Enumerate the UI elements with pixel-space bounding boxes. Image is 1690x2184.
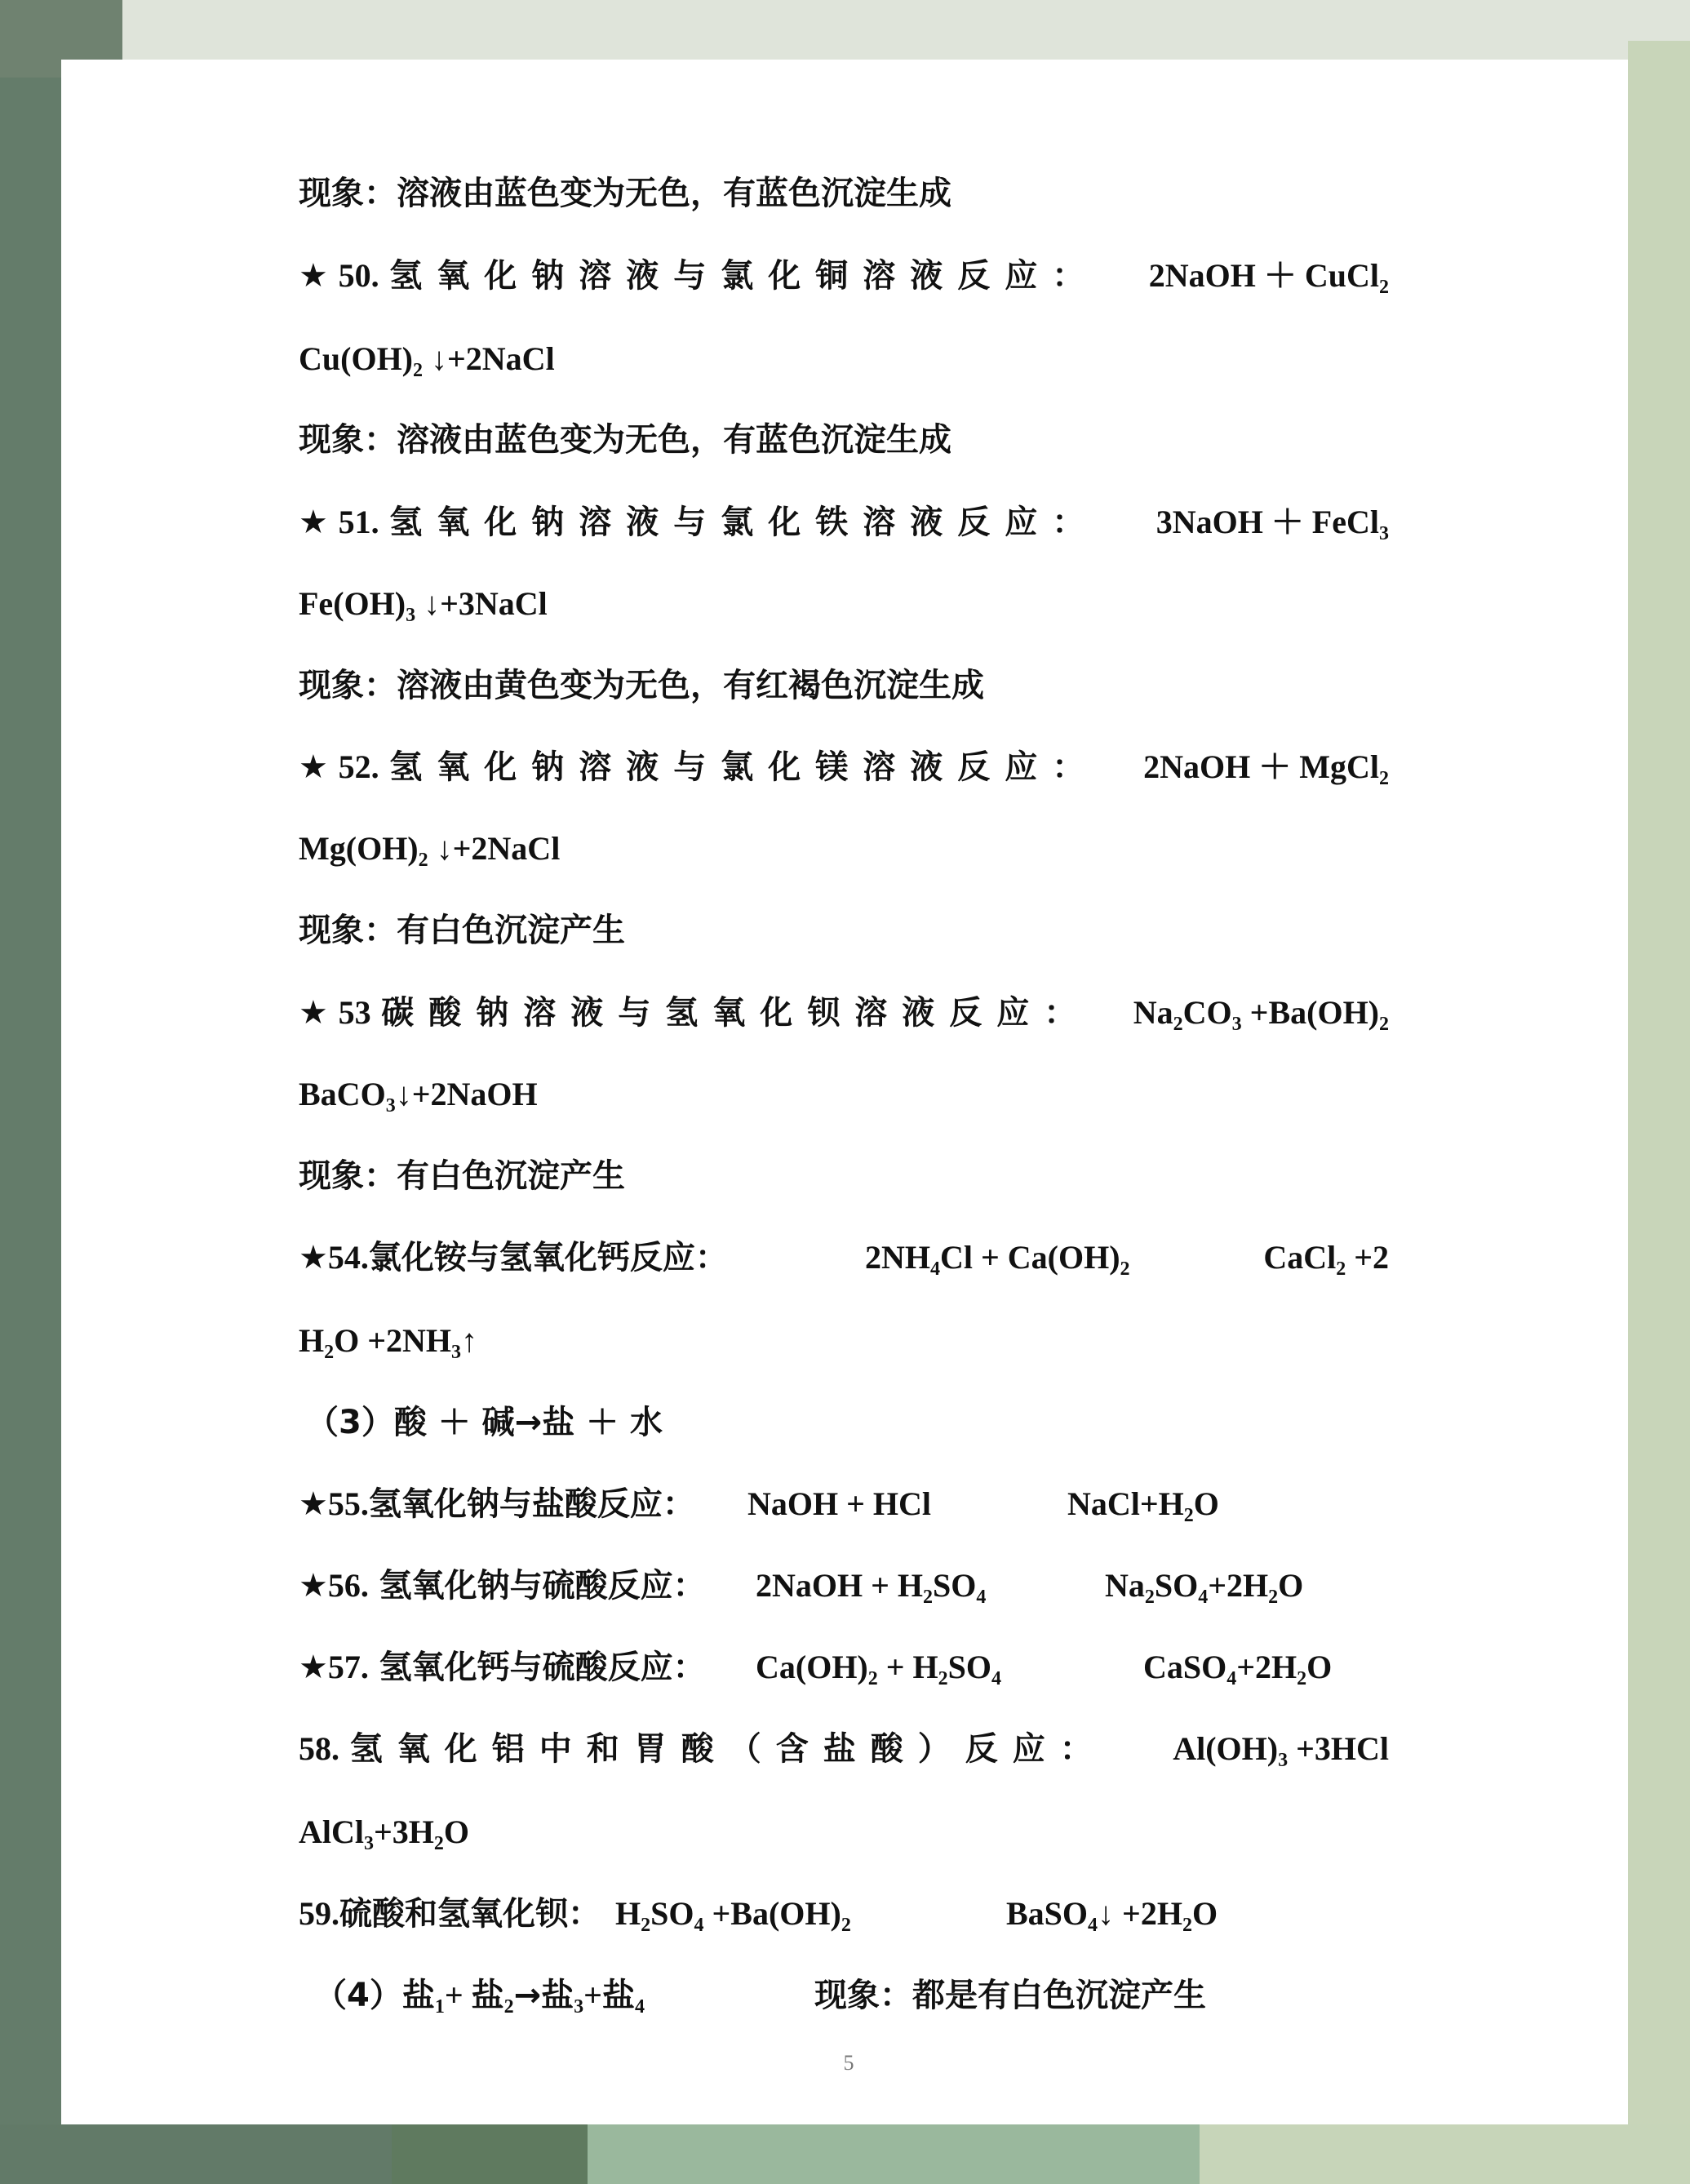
reactants: 2NaOH ＋ CuCl2 — [1149, 251, 1389, 312]
phenomenon-text: 现象：有白色沉淀产生 — [299, 1157, 625, 1195]
page-number: 5 — [836, 2051, 861, 2075]
background-right-band — [1628, 41, 1690, 2184]
reaction-51-line: ★ 51. 氢氧化钠溶液与氯化铁溶液反应： 3NaOH ＋ FeCl3 — [299, 498, 1389, 547]
reaction-title: 硫酸和氢氧化钡： — [339, 1895, 601, 1933]
star-icon: ★ — [299, 1485, 328, 1523]
document-page: 现象：溶液由蓝色变为无色，有蓝色沉淀生成 ★ 50. 氢氧化钠溶液与氯化铜溶液反… — [61, 60, 1628, 2124]
reaction-number: 54. — [328, 1239, 369, 1276]
section-heading-acid-base: （3）酸 ＋ 碱→盐 ＋ 水 — [306, 1398, 1396, 1447]
phenomenon-text: 现象：有白色沉淀产生 — [299, 912, 625, 949]
reaction-number: 52. — [339, 748, 379, 785]
reactants: 2NaOH + H2SO4 — [756, 1561, 986, 1622]
products: CaSO4+2H2O — [1143, 1643, 1332, 1703]
reaction-title: 氢氧化钠与硫酸反应： — [379, 1567, 706, 1605]
reaction-52-line: ★ 52. 氢氧化钠溶液与氯化镁溶液反应： 2NaOH ＋ MgCl2 — [299, 743, 1389, 792]
products: CaCl2 +2 — [1263, 1233, 1389, 1294]
phenomenon-text: 现象：溶液由蓝色变为无色，有蓝色沉淀生成 — [299, 175, 951, 212]
phenomenon-line: 现象：有白色沉淀产生 — [299, 1152, 1389, 1201]
star-icon: ★ — [299, 504, 328, 541]
background-bottom-band — [392, 2124, 588, 2184]
background-bottom-band — [1200, 2124, 1690, 2184]
background-bottom-band — [588, 2124, 1216, 2184]
star-icon: ★ — [299, 257, 328, 295]
phenomenon-text: 现象：溶液由黄色变为无色，有红褐色沉淀生成 — [299, 667, 984, 704]
reactants: 2NH4Cl + Ca(OH)2 — [865, 1233, 1130, 1294]
products-line: BaCO3↓+2NaOH — [299, 1070, 1389, 1119]
products-line: Mg(OH)2 ↓+2NaCl — [299, 824, 1389, 873]
reaction-number: 51. — [339, 504, 379, 540]
background-bottom-band — [0, 2124, 408, 2184]
reaction-number: 53 — [339, 994, 371, 1031]
star-icon: ★ — [299, 1239, 328, 1276]
reaction-number: 56. — [328, 1567, 369, 1604]
reaction-57-line: ★57. 氢氧化钙与硫酸反应： Ca(OH)2 + H2SO4 CaSO4+2H… — [299, 1643, 1389, 1692]
reaction-50-line: ★ 50. 氢氧化钠溶液与氯化铜溶液反应： 2NaOH ＋ CuCl2 — [299, 251, 1389, 300]
reaction-title: 氢氧化钠溶液与氯化铜溶液反应： — [389, 257, 1099, 295]
star-icon: ★ — [299, 1567, 328, 1605]
products: Na2SO4+2H2O — [1105, 1561, 1303, 1622]
phenomenon-line: 现象：溶液由黄色变为无色，有红褐色沉淀生成 — [299, 661, 1389, 710]
reaction-number: 50. — [339, 257, 379, 294]
reaction-title: 氢氧化铝中和胃酸（含盐酸）反应： — [350, 1730, 1107, 1768]
products-line: Cu(OH)2 ↓+2NaCl — [299, 335, 1389, 384]
reaction-56-line: ★56. 氢氧化钠与硫酸反应： 2NaOH + H2SO4 Na2SO4+2H2… — [299, 1561, 1389, 1610]
reaction-title: 氢氧化钠溶液与氯化镁溶液反应： — [389, 748, 1099, 786]
reaction-title: 氢氧化钠溶液与氯化铁溶液反应： — [389, 504, 1099, 541]
reaction-59-line: 59.硫酸和氢氧化钡： H2SO4 +Ba(OH)2 BaSO4↓ +2H2O — [299, 1889, 1389, 1938]
reaction-53-line: ★ 53 碳酸钠溶液与氢氧化钡溶液反应： Na2CO3 +Ba(OH)2 — [299, 988, 1389, 1037]
reaction-number: 55. — [328, 1485, 369, 1522]
star-icon: ★ — [299, 1649, 328, 1686]
reaction-58-line: 58. 氢氧化铝中和胃酸（含盐酸）反应： Al(OH)3 +3HCl — [299, 1725, 1389, 1773]
reaction-title: 氢氧化钙与硫酸反应： — [379, 1649, 706, 1686]
reactants: 3NaOH ＋ FeCl3 — [1156, 498, 1389, 558]
reaction-55-line: ★55.氢氧化钠与盐酸反应： NaOH + HCl NaCl+H2O — [299, 1480, 1389, 1529]
phenomenon-text: 现象：都是有白色沉淀产生 — [814, 1971, 1206, 2020]
section-heading-salt-salt: （4）盐1+ 盐2→盐3+盐4 现象：都是有白色沉淀产生 — [314, 1971, 1404, 2020]
reactants: Al(OH)3 +3HCl — [1173, 1725, 1389, 1785]
phenomenon-line: 现象：有白色沉淀产生 — [299, 906, 1389, 955]
products-line: H2O +2NH3↑ — [299, 1316, 1389, 1365]
reaction-number: 57. — [328, 1649, 369, 1685]
phenomenon-line: 现象：溶液由蓝色变为无色，有蓝色沉淀生成 — [299, 415, 1389, 464]
reactants: H2SO4 +Ba(OH)2 — [615, 1889, 851, 1950]
star-icon: ★ — [299, 748, 328, 786]
reaction-title: 碳酸钠溶液与氢氧化钡溶液反应： — [381, 994, 1091, 1032]
reaction-number: 58. — [299, 1730, 339, 1767]
phenomenon-text: 现象：溶液由蓝色变为无色，有蓝色沉淀生成 — [299, 421, 951, 459]
reaction-title: 氯化铵与氢氧化钙反应： — [369, 1239, 728, 1276]
reactants: NaOH + HCl — [747, 1480, 931, 1529]
reaction-title: 氢氧化钠与盐酸反应： — [369, 1485, 695, 1523]
products: NaCl+H2O — [1067, 1480, 1219, 1540]
phenomenon-line: 现象：溶液由蓝色变为无色，有蓝色沉淀生成 — [299, 169, 1389, 218]
reaction-54-line: ★54.氯化铵与氢氧化钙反应： 2NH4Cl + Ca(OH)2 CaCl2 +… — [299, 1233, 1389, 1282]
products: BaSO4↓ +2H2O — [1006, 1889, 1218, 1950]
reactants: Ca(OH)2 + H2SO4 — [756, 1643, 1001, 1703]
products-line: Fe(OH)3 ↓+3NaCl — [299, 579, 1389, 628]
reaction-number: 59. — [299, 1895, 339, 1932]
products-line: AlCl3+3H2O — [299, 1808, 1389, 1857]
star-icon: ★ — [299, 994, 328, 1032]
reactants: 2NaOH ＋ MgCl2 — [1143, 743, 1389, 803]
reactants: Na2CO3 +Ba(OH)2 — [1133, 988, 1389, 1049]
